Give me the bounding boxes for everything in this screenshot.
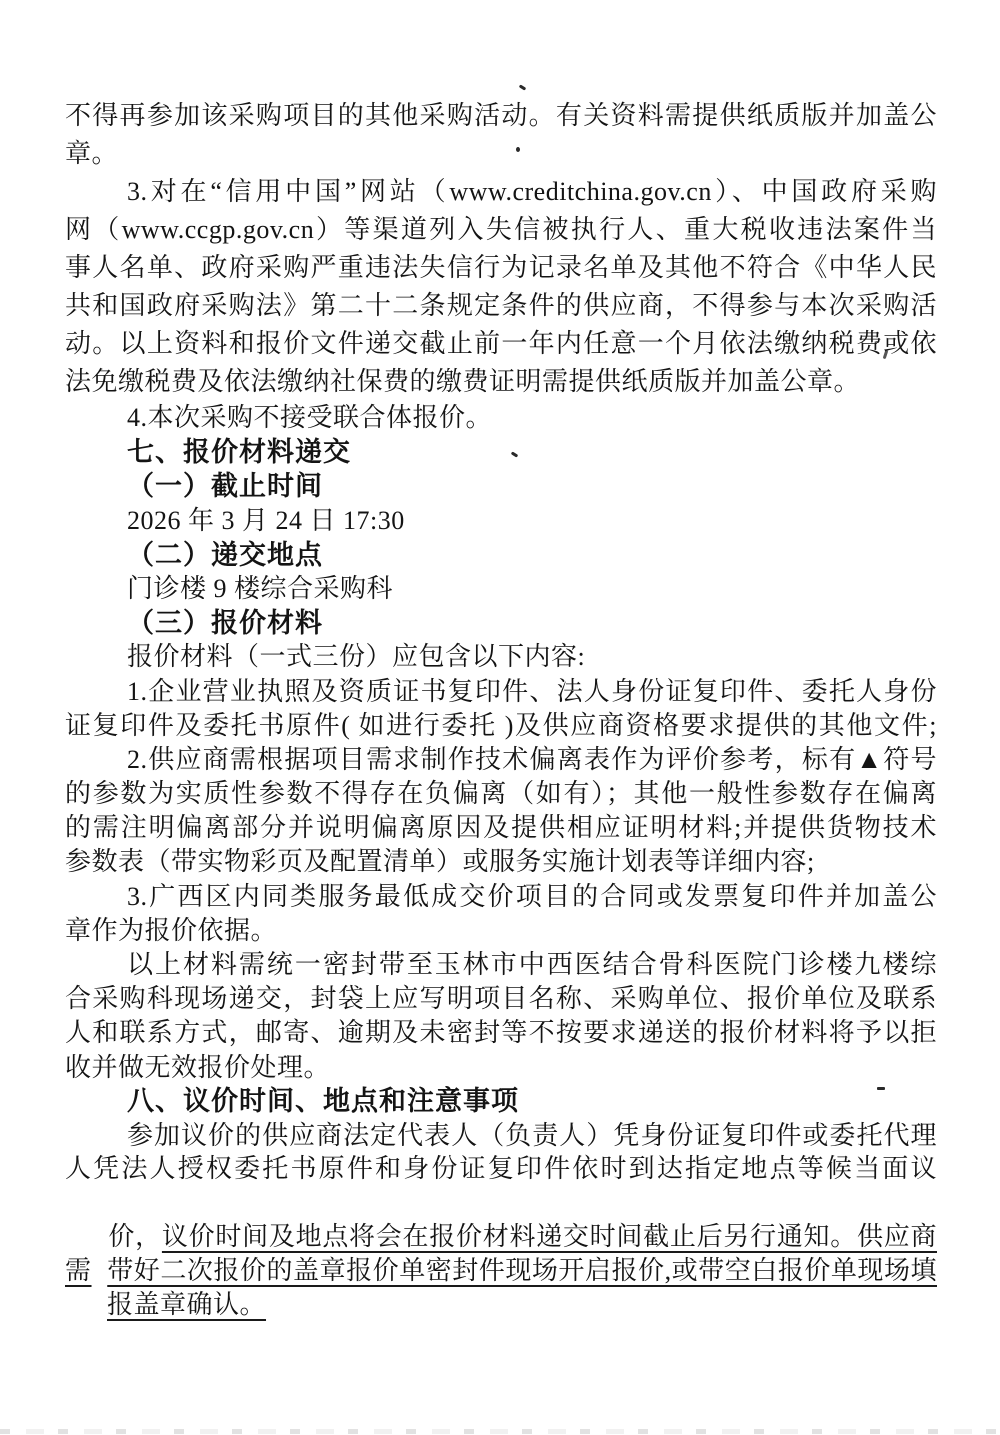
doc-line-underlined: 报盖章确认。: [107, 1290, 266, 1319]
doc-line: 网（www.ccgp.gov.cn）等渠道列入失信被执行人、重大税收违法案件当: [65, 211, 937, 249]
heading-section-seven: 七、报价材料递交: [65, 435, 937, 469]
doc-line: 法免缴税费及依法缴纳社保费的缴费证明需提供纸质版并加盖公章。: [65, 363, 937, 401]
heading-deadline-time: （一）截止时间: [65, 469, 937, 503]
doc-line: 价，议价时间及地点将会在报价材料递交时间截止后另行通知。供应商需: [65, 1186, 937, 1220]
heading-section-eight: 八、议价时间、地点和注意事项: [65, 1085, 937, 1119]
heading-quotation-materials: （三）报价材料: [65, 606, 937, 640]
doc-line: 收并做无效报价处理。: [65, 1051, 937, 1085]
doc-line: 以上材料需统一密封带至玉林市中西医结合骨科医院门诊楼九楼综: [65, 948, 937, 982]
doc-line-underlined: 带好二次报价的盖章报价单密封件现场开启报价,或带空白报价单现场填: [107, 1256, 937, 1285]
scan-speck: [519, 84, 527, 90]
doc-line: 4.本次采购不接受联合体报价。: [65, 401, 937, 435]
doc-line-plain: 价，: [108, 1222, 161, 1251]
doc-line: 2.供应商需根据项目需求制作技术偏离表作为评价参考，标有▲符号: [65, 743, 937, 777]
heading-delivery-location: （二）递交地点: [65, 538, 937, 572]
doc-line: 报价材料（一式三份）应包含以下内容:: [65, 640, 937, 674]
deadline-datetime-text: 2026 年 3 月 24 日 17:30: [65, 504, 937, 538]
delivery-location-text: 门诊楼 9 楼综合采购科: [65, 572, 937, 606]
doc-line: 事人名单、政府采购严重违法失信行为记录名单及其他不符合《中华人民: [65, 249, 937, 287]
doc-line: 的需注明偏离部分并说明偏离原因及提供相应证明材料;并提供货物技术: [65, 811, 937, 845]
doc-line: 的参数为实质性参数不得存在负偏离（如有）；其他一般性参数存在偏离: [65, 777, 937, 811]
doc-line: 证复印件及委托书原件( 如进行委托 )及供应商资格要求提供的其他文件;: [65, 709, 937, 743]
doc-line: 参数表（带实物彩页及配置清单）或服务实施计划表等详细内容;: [65, 845, 937, 879]
doc-line: 不得再参加该采购项目的其他采购活动。有关资料需提供纸质版并加盖公: [65, 97, 937, 135]
doc-line: 动。以上资料和报价文件递交截止前一年内任意一个月依法缴纳税费或依: [65, 325, 937, 363]
scan-edge-noise: [0, 1429, 1000, 1434]
doc-line: 人凭法人授权委托书原件和身份证复印件依时到达指定地点等候当面议: [65, 1152, 937, 1186]
doc-line: 共和国政府采购法》第二十二条规定条件的供应商，不得参与本次采购活: [65, 287, 937, 325]
doc-line: 参加议价的供应商法定代表人（负责人）凭身份证复印件或委托代理: [65, 1119, 937, 1153]
doc-line: 3.广西区内同类服务最低成交价项目的合同或发票复印件并加盖公: [65, 880, 937, 914]
doc-line: 合采购科现场递交，封袋上应写明项目名称、采购单位、报价单位及联系: [65, 982, 937, 1016]
scan-speck: [877, 1087, 885, 1090]
doc-line: 1.企业营业执照及资质证书复印件、法人身份证复印件、委托人身份: [65, 675, 937, 709]
scanned-page: 不得再参加该采购项目的其他采购活动。有关资料需提供纸质版并加盖公 章。 3.对在…: [0, 0, 1000, 1435]
doc-line: 章作为报价依据。: [65, 914, 937, 948]
doc-line: 人和联系方式，邮寄、逾期及未密封等不按要求递送的报价材料将予以拒: [65, 1016, 937, 1050]
doc-line: 3.对在“信用中国”网站（www.creditchina.gov.cn）、中国政…: [65, 173, 937, 211]
doc-line: 章。: [65, 135, 937, 173]
scan-speck: [516, 147, 520, 152]
document-body: 不得再参加该采购项目的其他采购活动。有关资料需提供纸质版并加盖公 章。 3.对在…: [65, 97, 937, 1288]
